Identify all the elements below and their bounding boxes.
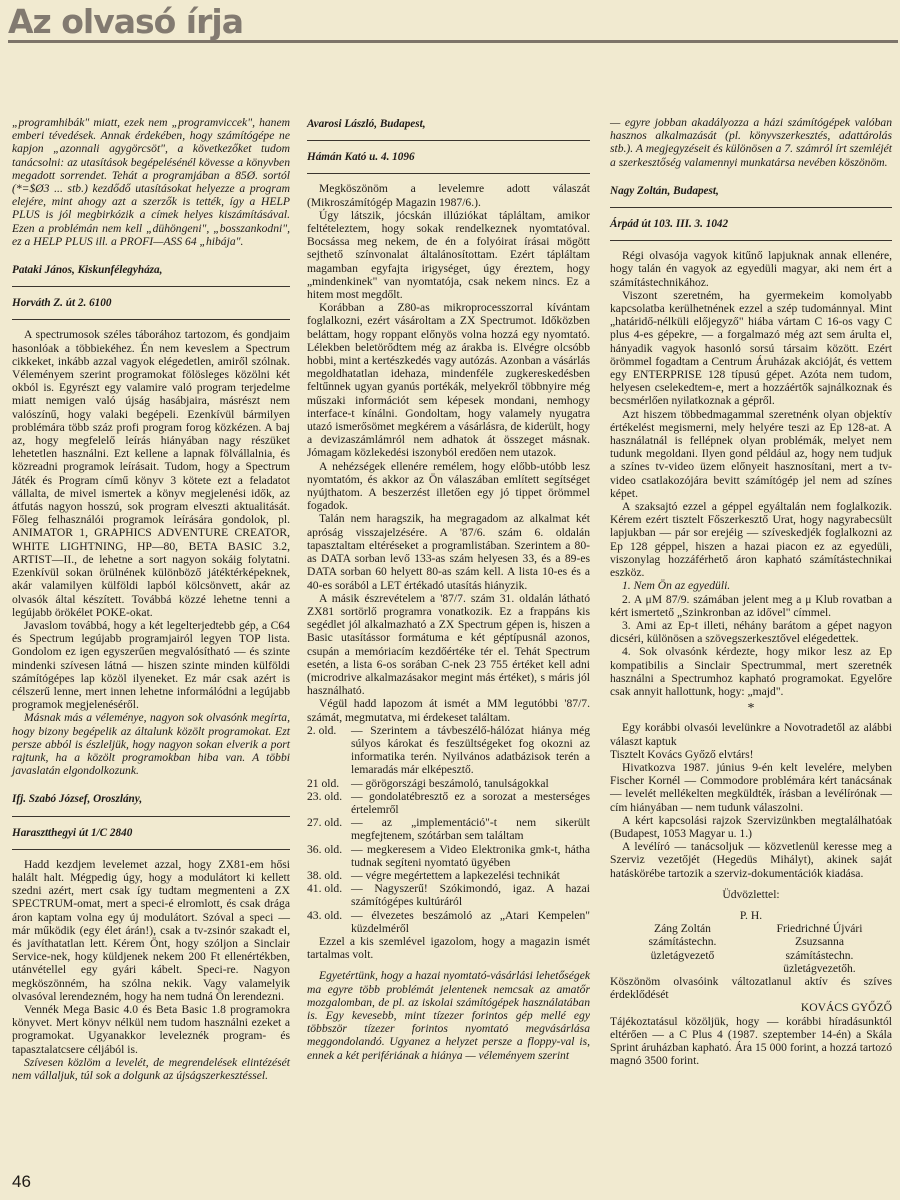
review-item: 41. old.— Nagyszerű! Szókimondó, igaz. A… — [307, 882, 590, 908]
letter-paragraph: Megköszönöm a levelemre adott válaszát (… — [307, 182, 590, 208]
letter-paragraph: Hadd kezdjem levelemet azzal, hogy ZX81-… — [12, 858, 290, 1003]
review-item: 23. old.— gondolatébresztő ez a sorozat … — [307, 790, 590, 816]
divider — [610, 240, 892, 241]
editor-reply: Egyetértünk, hogy a hazai nyomtató-vásár… — [307, 969, 590, 1061]
letter-paragraph: Hivatkozva 1987. június 9-én kelt levelé… — [610, 761, 892, 814]
letter-paragraph: Vennék Mega Basic 4.0 és Beta Basic 1.8 … — [12, 1003, 290, 1056]
review-item: 36. old.— megkeresem a Video Elektronika… — [307, 843, 590, 869]
review-item: 27. old.— az „implementáció"-t nem siker… — [307, 816, 590, 842]
review-item: 2. old.— Szerintem a távbeszélő-hálózat … — [307, 724, 590, 777]
letter-paragraph: Korábban a Z80-as mikroprocesszorral kív… — [307, 301, 590, 459]
editor-reply: „programhibák" miatt, ezek nem „programv… — [12, 116, 290, 248]
column-1: „programhibák" miatt, ezek nem „programv… — [12, 116, 290, 1082]
review-item: 43. old.— élvezetes beszámoló az „Atari … — [307, 909, 590, 935]
letter-paragraph: A spectrumosok széles táborához tartozom… — [12, 328, 290, 618]
asterisk-separator: * — [610, 702, 892, 715]
column-3: — egyre jobban akadályozza a házi számít… — [610, 116, 892, 1067]
reply-item: 4. Sok olvasónk kérdezte, hogy mikor les… — [610, 645, 892, 698]
divider — [12, 849, 290, 850]
letter-paragraph: A levélíró — tanácsoljuk — közvetlenül k… — [610, 840, 892, 880]
letter-paragraph: A másik észrevételem a '87/7. szám 31. o… — [307, 592, 590, 698]
letter-paragraph: Ezzel a kis szemlével igazolom, hogy a m… — [307, 935, 590, 961]
divider — [610, 207, 892, 208]
column-2: Avarosi László, Budapest, Hámán Kató u. … — [307, 116, 590, 1062]
editor-reply: Másnak más a véleménye, nagyon sok olvas… — [12, 711, 290, 777]
letter-paragraph: Régi olvasója vagyok kitűnő lapjuknak an… — [610, 249, 892, 289]
letter-sender: Avarosi László, Budapest, — [307, 116, 590, 134]
letter-paragraph: Talán nem haragszik, ha megragadom az al… — [307, 512, 590, 591]
letter-paragraph: Azt hiszem többedmagammal szeretnénk oly… — [610, 408, 892, 500]
letter-sender: Ifj. Szabó József, Oroszlány, — [12, 791, 290, 809]
editor-reply: — egyre jobban akadályozza a házi számít… — [610, 116, 892, 169]
notice-text: Tájékoztatásul közöljük, hogy — korábbi … — [610, 1015, 892, 1068]
divider — [12, 286, 290, 287]
greeting: Üdvözlettel: — [610, 888, 892, 901]
signatories: Záng Zoltán számítástechn. üzletágvezető… — [614, 922, 888, 975]
divider — [307, 140, 590, 141]
letter-sender: Pataki János, Kiskunfélegyháza, — [12, 262, 290, 280]
novotrade-salutation: Tisztelt Kovács Győző elvtárs! — [610, 748, 892, 761]
divider — [307, 173, 590, 174]
reply-item: 2. A μM 87/9. számában jelent meg a μ Kl… — [610, 593, 892, 619]
section-masthead: Az olvasó írja — [8, 4, 898, 43]
divider — [12, 816, 290, 817]
letter-sender: Nagy Zoltán, Budapest, — [610, 183, 892, 201]
letter-address: Harasztthegyi út 1/C 2840 — [12, 825, 290, 843]
letter-paragraph: A szaksajtó ezzel a géppel egyáltalán ne… — [610, 500, 892, 579]
editor-reply: Szívesen közlöm a levelét, de megrendelé… — [12, 1056, 290, 1082]
stamp-ph: P. H. — [610, 909, 892, 922]
letter-paragraph: Viszont szeretném, ha gyermekeim komolya… — [610, 289, 892, 408]
letter-paragraph: A kért kapcsolási rajzok Szervizünkben m… — [610, 814, 892, 840]
divider — [12, 319, 290, 320]
review-item: 21 old.— görögországi beszámoló, tanulsá… — [307, 777, 590, 790]
novotrade-intro: Egy korábbi olvasói levelünkre a Novotra… — [610, 721, 892, 747]
letter-address: Horváth Z. út 2. 6100 — [12, 295, 290, 313]
letter-address: Hámán Kató u. 4. 1096 — [307, 149, 590, 167]
signer-2: Friedrichné Újvári Zsuzsanna számítástec… — [751, 922, 888, 975]
letter-paragraph: A nehézségek ellenére remélem, hogy előb… — [307, 460, 590, 513]
review-item: 38. old.— végre megértettem a lapkezelés… — [307, 869, 590, 882]
section-title: Az olvasó írja — [8, 4, 243, 40]
editor-signature: KOVÁCS GYŐZŐ — [610, 1001, 892, 1014]
page-number: 46 — [12, 1172, 31, 1192]
reply-item: 1. Nem Ön az egyedüli. — [610, 579, 892, 592]
review-list: 2. old.— Szerintem a távbeszélő-hálózat … — [307, 724, 590, 935]
signer-1: Záng Zoltán számítástechn. üzletágvezető — [614, 922, 751, 975]
letter-paragraph: Javaslom továbbá, hogy a két legelterjed… — [12, 619, 290, 711]
letter-address: Árpád út 103. III. 3. 1042 — [610, 216, 892, 234]
letter-paragraph: Úgy látszik, jócskán illúziókat táplálta… — [307, 209, 590, 301]
letter-paragraph: Végül hadd lapozom át ismét a MM legutób… — [307, 697, 590, 723]
reply-item: 3. Ami az Ep-t illeti, néhány barátom a … — [610, 619, 892, 645]
thanks-text: Köszönöm olvasóink változatlanul aktív é… — [610, 975, 892, 1001]
